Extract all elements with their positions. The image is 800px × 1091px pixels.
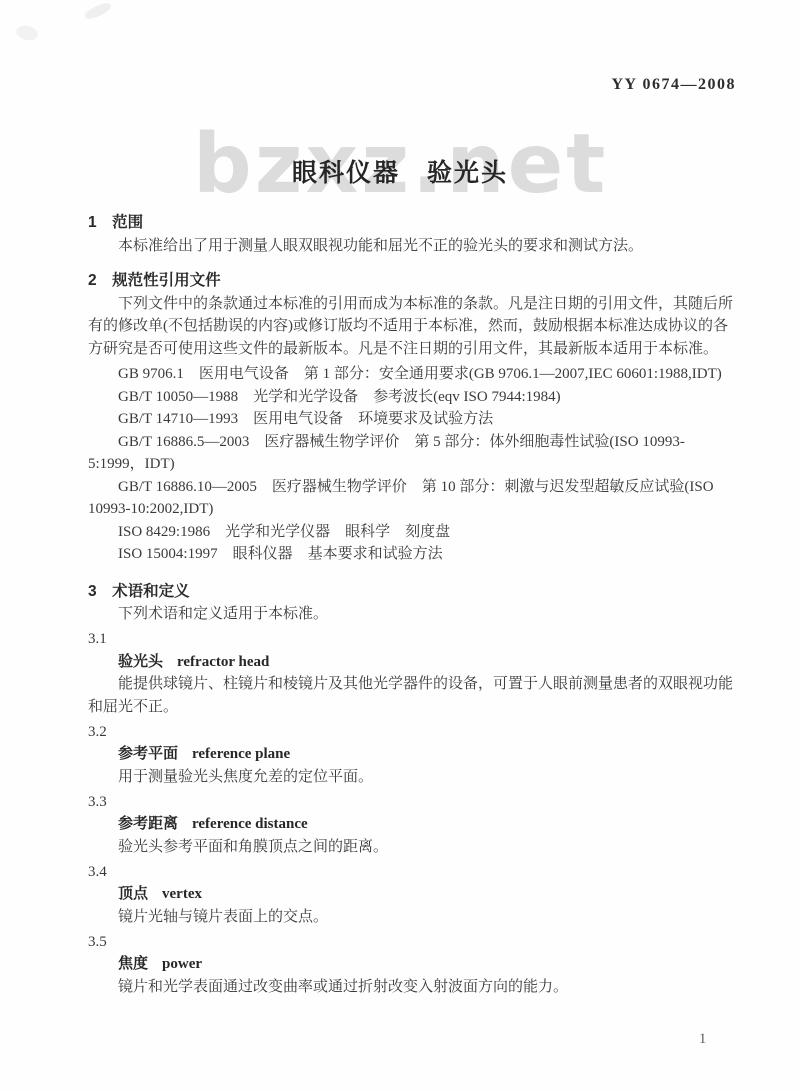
term-definition: 验光头参考平面和角膜顶点之间的距离。 [88,836,738,859]
page-title: 眼科仪器 验光头 [0,153,800,189]
term-name-english: reference plane [192,746,290,762]
term-name-chinese: 焦度 [118,955,148,972]
term-entry: 3.1 验光头refractor head 能提供球镜片、柱镜片和棱镜片及其他光… [88,628,738,718]
term-number: 3.1 [88,628,738,651]
term-name-chinese: 顶点 [118,885,148,902]
term-entry: 3.5 焦度power 镜片和光学表面通过改变曲率或通过折射改变入射波面方向的能… [88,931,738,999]
section2-intro-paragraph: 下列文件中的条款通过本标准的引用而成为本标准的条款。凡是注日期的引用文件，其随后… [88,293,738,361]
reference-item: GB 9706.1 医用电气设备 第 1 部分：安全通用要求(GB 9706.1… [88,363,738,386]
section1-heading: 1 范围 [88,212,738,235]
term-number: 3.5 [88,931,738,954]
term-entry: 3.4 顶点vertex 镜片光轴与镜片表面上的交点。 [88,861,738,929]
reference-item: GB/T 16886.10—2005 医疗器械生物学评价 第 10 部分：刺激与… [88,476,738,521]
term-name-chinese: 验光头 [118,653,163,670]
reference-item: GB/T 10050—1988 光学和光学设备 参考波长(eqv ISO 794… [88,386,738,409]
term-definition: 镜片光轴与镜片表面上的交点。 [88,906,738,929]
section2-heading: 2 规范性引用文件 [88,270,738,293]
term-number: 3.3 [88,791,738,814]
section3-intro-paragraph: 下列术语和定义适用于本标准。 [88,603,738,626]
section-normative-references: 2 规范性引用文件 下列文件中的条款通过本标准的引用而成为本标准的条款。凡是注日… [88,270,738,566]
term-name-english: reference distance [192,816,308,832]
reference-item: GB/T 16886.5—2003 医疗器械生物学评价 第 5 部分：体外细胞毒… [88,431,738,476]
term-definition: 能提供球镜片、柱镜片和棱镜片及其他光学器件的设备，可置于人眼前测量患者的双眼视功… [88,673,738,718]
scan-artifact [15,24,40,43]
term-list: 3.1 验光头refractor head 能提供球镜片、柱镜片和棱镜片及其他光… [88,628,738,998]
term-number: 3.4 [88,861,738,884]
reference-item: ISO 15004:1997 眼科仪器 基本要求和试验方法 [88,543,738,566]
term-title: 参考平面reference plane [88,743,738,766]
term-title: 验光头refractor head [88,651,738,674]
term-number: 3.2 [88,721,738,744]
scan-artifact [83,1,113,22]
term-title: 焦度power [88,953,738,976]
document-body: 1 范围 本标准给出了用于测量人眼双眼视功能和屈光不正的验光头的要求和测试方法。… [88,200,738,998]
section3-heading: 3 术语和定义 [88,581,738,604]
section-terms-definitions: 3 术语和定义 下列术语和定义适用于本标准。 3.1 验光头refractor … [88,581,738,999]
standard-number: YY 0674—2008 [611,76,736,94]
term-name-chinese: 参考距离 [118,815,178,832]
term-name-english: refractor head [177,654,269,670]
reference-item: ISO 8429:1986 光学和光学仪器 眼科学 刻度盘 [88,521,738,544]
term-definition: 用于测量验光头焦度允差的定位平面。 [88,766,738,789]
term-title: 顶点vertex [88,883,738,906]
page-number: 1 [699,1031,706,1048]
term-entry: 3.3 参考距离reference distance 验光头参考平面和角膜顶点之… [88,791,738,859]
reference-item: GB/T 14710—1993 医用电气设备 环境要求及试验方法 [88,408,738,431]
section-scope: 1 范围 本标准给出了用于测量人眼双眼视功能和屈光不正的验光头的要求和测试方法。 [88,212,738,257]
reference-list: GB 9706.1 医用电气设备 第 1 部分：安全通用要求(GB 9706.1… [88,363,738,566]
document-page: YY 0674—2008 bzxz.net 眼科仪器 验光头 1 范围 本标准给… [0,0,800,1091]
term-entry: 3.2 参考平面reference plane 用于测量验光头焦度允差的定位平面… [88,721,738,789]
term-name-english: vertex [162,886,202,902]
term-name-english: power [162,956,202,972]
term-title: 参考距离reference distance [88,813,738,836]
term-name-chinese: 参考平面 [118,745,178,762]
section1-paragraph: 本标准给出了用于测量人眼双眼视功能和屈光不正的验光头的要求和测试方法。 [88,235,738,258]
term-definition: 镜片和光学表面通过改变曲率或通过折射改变入射波面方向的能力。 [88,976,738,999]
